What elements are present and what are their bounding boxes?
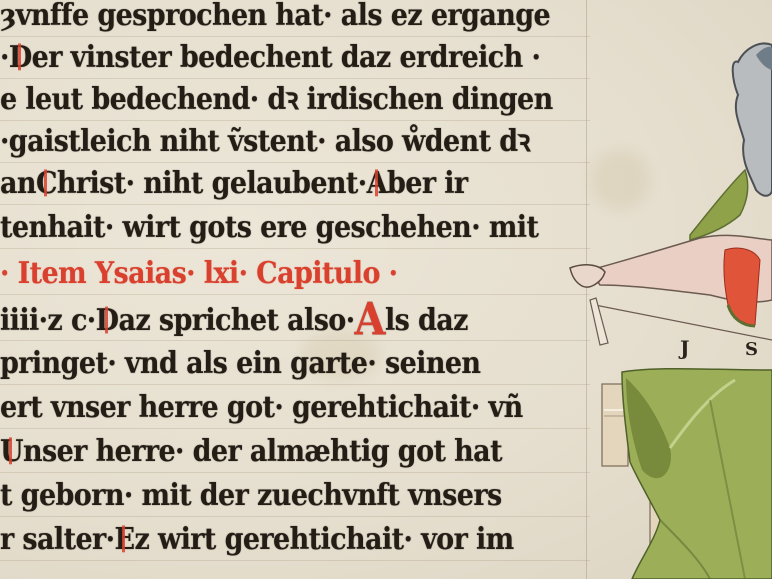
rubricated-capital: E (114, 518, 134, 563)
text-segment: iiii·z c· (0, 299, 96, 343)
text-segment: hrist· niht gelaubent· (57, 162, 367, 207)
text-segment: ert vnser herre got· gerehtichait· vñ (0, 386, 523, 431)
text-segment: · (0, 36, 9, 81)
prophet-figure-drawing: J S (560, 0, 772, 579)
manuscript-line: t geborn· mit der zuechvnft vnsers (0, 474, 585, 519)
manuscript-line: tenhait· wirt gots ere geschehen· mit (0, 206, 585, 251)
manuscript-line: r salter· Ez wirt gerehtichait· vor im (0, 518, 585, 563)
svg-text:S: S (745, 339, 758, 360)
manuscript-line: ert vnser herre got· gerehtichait· vñ (0, 386, 585, 431)
manuscript-line: Unser herre· der almæhtig got hat (0, 430, 585, 475)
text-segment: pringet· vnd als ein garte· seinen (0, 342, 480, 387)
text-segment: t geborn· mit der zuechvnft vnsers (0, 474, 502, 519)
prophet-illustration: J S (560, 0, 772, 579)
manuscript-line: ȝvnffe gesprochen hat· als ez ergange (0, 0, 585, 38)
text-segment: er vinster bedechent daz erdreich · (32, 36, 541, 81)
manuscript-line: pringet· vnd als ein garte· seinen (0, 342, 585, 387)
rubricated-capital: A (367, 162, 387, 207)
text-segment: nser herre· der almæhtig got hat (23, 430, 502, 475)
text-segment: ·gaistleich niht ṽstent· also ẘdent dꝛ (0, 120, 530, 165)
rubricated-capital: D (9, 36, 32, 81)
rubricated-capital: U (0, 430, 23, 475)
text-segment: ber ir (387, 162, 468, 207)
manuscript-line: ·Der vinster bedechent daz erdreich · (0, 36, 585, 81)
manuscript-line: · Item Ysaias· lxi· Capitulo · (0, 252, 585, 297)
manuscript-line: an Christ· niht gelaubent· Aber ir (0, 162, 585, 207)
rubric-heading: · Item Ysaias· lxi· Capitulo · (0, 252, 397, 297)
manuscript-line: iiii·z c· Daz sprichet also· Als daz (0, 298, 585, 343)
text-segment: az sprichet also· (118, 299, 354, 343)
text-segment: tenhait· wirt gots ere geschehen· mit (0, 206, 538, 251)
text-segment: r salter· (0, 518, 114, 563)
text-segment: ȝvnffe gesprochen hat· als ez ergange (0, 0, 550, 38)
text-segment: ls daz (385, 299, 468, 343)
rubricated-capital: C (36, 162, 57, 207)
text-segment: an (0, 162, 36, 207)
text-segment: e leut bedechend· dꝛ irdischen dingen (0, 78, 553, 123)
text-segment: z wirt gerehtichait· vor im (134, 518, 513, 563)
manuscript-line: ·gaistleich niht ṽstent· also ẘdent dꝛ (0, 120, 585, 165)
svg-text:J: J (678, 336, 689, 360)
manuscript-page: ȝvnffe gesprochen hat· als ez ergange·De… (0, 0, 772, 579)
red-initial: A (355, 298, 385, 343)
manuscript-line: e leut bedechend· dꝛ irdischen dingen (0, 78, 585, 123)
rubricated-capital: D (96, 299, 119, 343)
